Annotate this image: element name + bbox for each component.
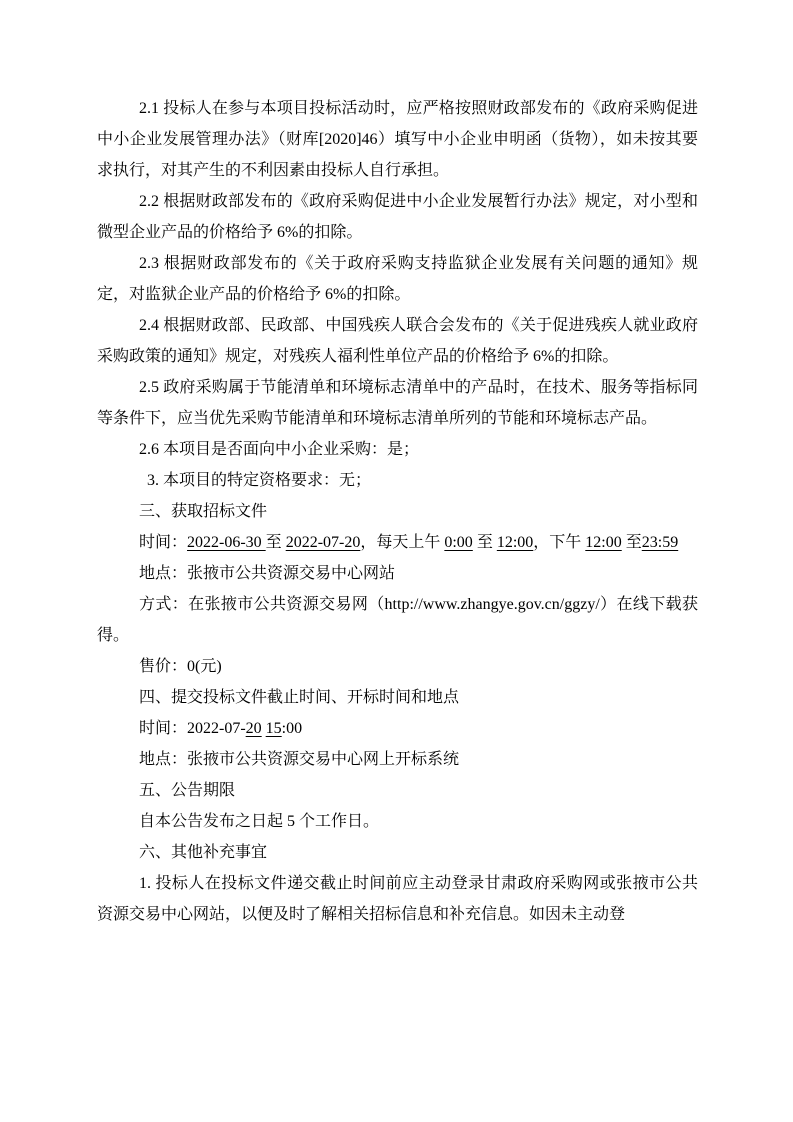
- text-segment: 1. 投标人在投标文件递交截止时间前应主动登录甘肃政府采购网或张掖市公共资源交易…: [97, 875, 698, 923]
- text-segment: 售价：0(元): [139, 658, 222, 675]
- text-segment: 六、其他补充事宜: [139, 844, 267, 861]
- underlined-value: 12:00: [585, 534, 621, 551]
- text-segment: 自本公告发布之日起 5 个工作日。: [139, 813, 379, 830]
- underlined-value: 12:00: [497, 534, 533, 551]
- underlined-value: 0:00: [444, 534, 472, 551]
- section-4-heading: 四、提交投标文件截止时间、开标时间和地点: [97, 682, 698, 713]
- text-segment: 地点：张掖市公共资源交易中心网上开标系统: [139, 751, 459, 768]
- text-segment: 时间：: [139, 534, 187, 551]
- underlined-value: 15: [266, 720, 282, 737]
- text-segment: ，下午: [533, 534, 585, 551]
- obtain-file-time: 时间：2022-06-30 至 2022-07-20，每天上午 0:00 至 1…: [97, 527, 698, 558]
- text-segment: 2.1 投标人在参与本项目投标活动时，应严格按照财政部发布的《政府采购促进中小企…: [97, 100, 698, 179]
- supplement-1: 1. 投标人在投标文件递交截止时间前应主动登录甘肃政府采购网或张掖市公共资源交易…: [97, 868, 698, 930]
- text-segment: 五、公告期限: [139, 782, 235, 799]
- underlined-value: 20: [246, 720, 262, 737]
- clause-3: 3. 本项目的特定资格要求：无；: [97, 465, 698, 496]
- clause-2-1: 2.1 投标人在参与本项目投标活动时，应严格按照财政部发布的《政府采购促进中小企…: [97, 93, 698, 186]
- text-segment: 三、获取招标文件: [139, 503, 267, 520]
- text-segment: 3. 本项目的特定资格要求：无；: [147, 472, 371, 489]
- section-3-heading: 三、获取招标文件: [97, 496, 698, 527]
- underlined-value: 2022-07-20: [286, 534, 361, 551]
- clause-2-3: 2.3 根据财政部发布的《关于政府采购支持监狱企业发展有关问题的通知》规定，对监…: [97, 248, 698, 310]
- text-segment: 2.5 政府采购属于节能清单和环境标志清单中的产品时，在技术、服务等指标同等条件…: [97, 379, 698, 427]
- clause-2-4: 2.4 根据财政部、民政部、中国残疾人联合会发布的《关于促进残疾人就业政府采购政…: [97, 310, 698, 372]
- obtain-file-method: 方式：在张掖市公共资源交易网（http://www.zhangye.gov.cn…: [97, 589, 698, 651]
- underlined-value: 2022-06-30: [187, 534, 266, 551]
- text-segment: 2.6 本项目是否面向中小企业采购：是；: [139, 441, 419, 458]
- text-segment: 2.4 根据财政部、民政部、中国残疾人联合会发布的《关于促进残疾人就业政府采购政…: [97, 317, 698, 365]
- text-segment: 至: [266, 534, 286, 551]
- file-price: 售价：0(元): [97, 651, 698, 682]
- notice-period: 自本公告发布之日起 5 个工作日。: [97, 806, 698, 837]
- text-segment: 2.3 根据财政部发布的《关于政府采购支持监狱企业发展有关问题的通知》规定，对监…: [97, 255, 698, 303]
- text-segment: 至: [473, 534, 497, 551]
- text-segment: 至: [622, 534, 642, 551]
- text-segment: ，每天上午: [360, 534, 444, 551]
- clause-2-5: 2.5 政府采购属于节能清单和环境标志清单中的产品时，在技术、服务等指标同等条件…: [97, 372, 698, 434]
- text-segment: 四、提交投标文件截止时间、开标时间和地点: [139, 689, 459, 706]
- clause-2-2: 2.2 根据财政部发布的《政府采购促进中小企业发展暂行办法》规定，对小型和微型企…: [97, 186, 698, 248]
- underlined-value: 23:59: [642, 534, 678, 551]
- section-5-heading: 五、公告期限: [97, 775, 698, 806]
- bid-deadline-time: 时间：2022-07-20 15:00: [97, 713, 698, 744]
- bid-open-place: 地点：张掖市公共资源交易中心网上开标系统: [97, 744, 698, 775]
- document-content: 2.1 投标人在参与本项目投标活动时，应严格按照财政部发布的《政府采购促进中小企…: [97, 93, 698, 930]
- text-segment: 时间：2022-07-: [139, 720, 246, 737]
- text-segment: 地点：张掖市公共资源交易中心网站: [139, 565, 395, 582]
- text-segment: 方式：在张掖市公共资源交易网（http://www.zhangye.gov.cn…: [97, 596, 698, 644]
- section-6-heading: 六、其他补充事宜: [97, 837, 698, 868]
- clause-2-6: 2.6 本项目是否面向中小企业采购：是；: [97, 434, 698, 465]
- text-segment: :00: [282, 720, 302, 737]
- obtain-file-place: 地点：张掖市公共资源交易中心网站: [97, 558, 698, 589]
- text-segment: 2.2 根据财政部发布的《政府采购促进中小企业发展暂行办法》规定，对小型和微型企…: [97, 193, 698, 241]
- document-page: 2.1 投标人在参与本项目投标活动时，应严格按照财政部发布的《政府采购促进中小企…: [0, 0, 793, 1122]
